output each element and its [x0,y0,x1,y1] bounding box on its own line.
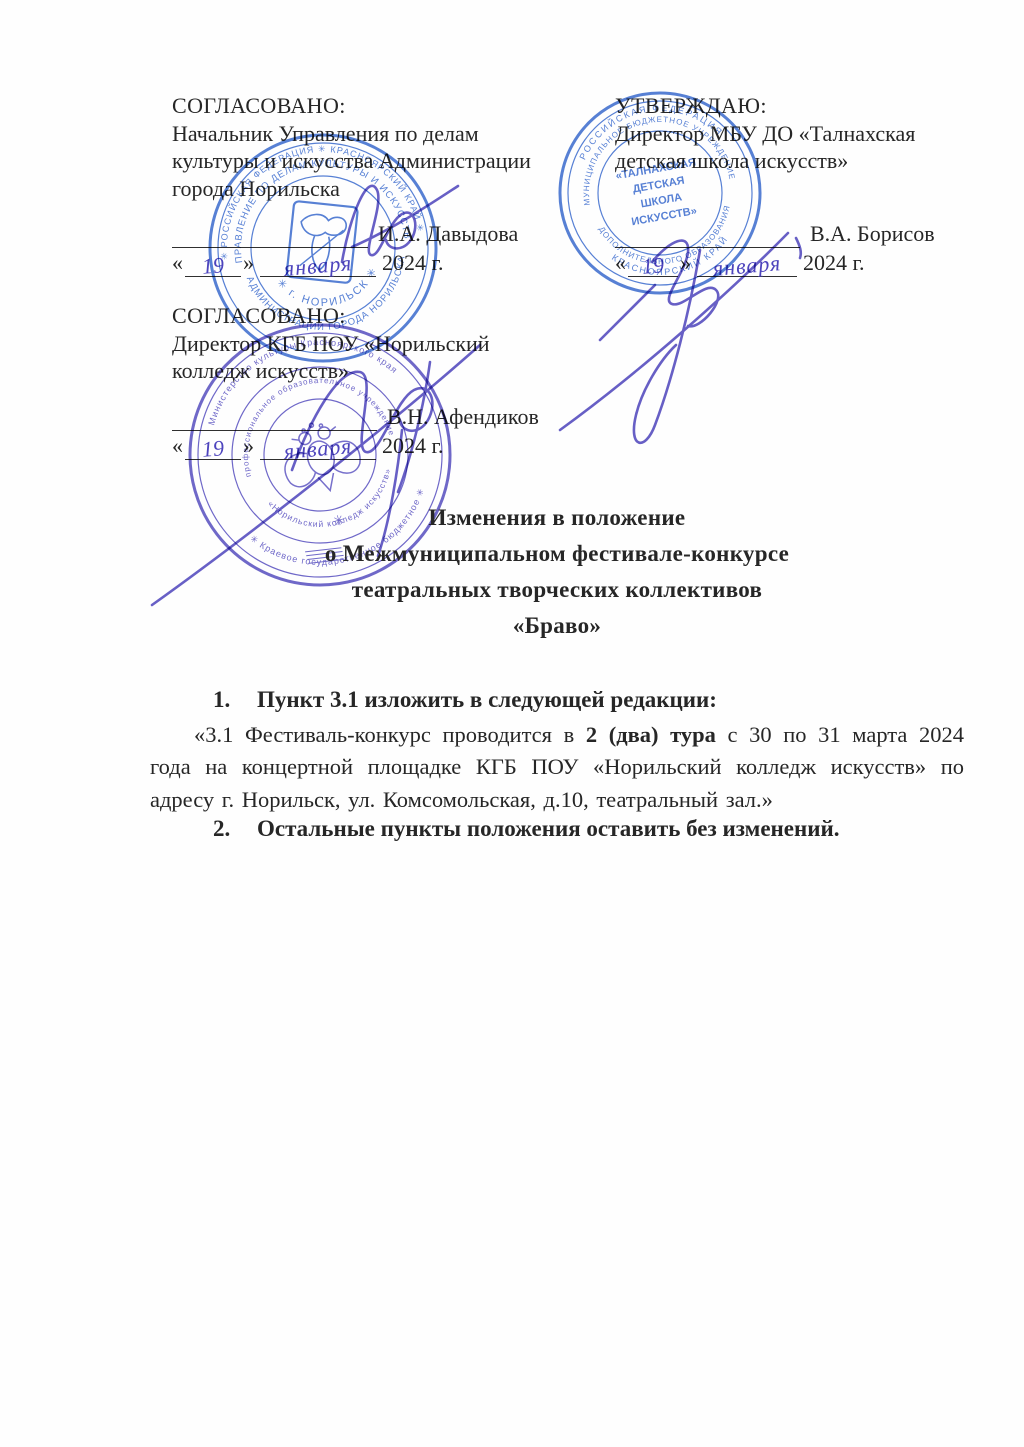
stamp-ring-text: профессиональное образовательное учрежде… [222,357,396,478]
scanned-document-page: СОГЛАСОВАНО: Начальник Управления по дел… [0,0,1024,1447]
stamp-center-emblem [286,201,358,283]
body-item-1: 1.Пункт 3.1 изложить в следующей редакци… [150,687,964,713]
quote-open: « [172,432,183,460]
date-year: 2024 г. [803,249,865,277]
stamp-center-text: «ТАЛНАХСКАЯ [615,156,697,182]
title-line: о Межмуниципальном фестивале-конкурсе [150,536,964,572]
paragraph-bold-text: 2 (два) тура [586,722,716,747]
title-line: «Браво» [150,608,964,644]
item-number: 2. [213,816,257,842]
body-item-2: 2.Остальные пункты положения оставить бе… [150,816,964,842]
item-text: Остальные пункты положения оставить без … [257,816,840,841]
quote-open: « [172,249,183,277]
round-stamp-talnakh-school: РОССИЙСКАЯ ФЕДЕРАЦИЯ КРАСНОЯРСКИЙ КРАЙ М… [553,86,767,300]
document-title: Изменения в положение о Межмуниципальном… [150,500,964,644]
stamp-eagle-emblem [274,413,367,501]
item-text: Пункт 3.1 изложить в следующей редакции: [257,687,717,712]
title-line: Изменения в положение [150,500,964,536]
paragraph-text: «3.1 Фестиваль-конкурс проводится в [194,722,586,747]
item-number: 1. [213,687,257,713]
svg-text:профессиональное образовательн: профессиональное образовательное учрежде… [222,357,396,478]
signer-name: В.А. Борисов [800,220,935,248]
body-paragraph-3-1: «3.1 Фестиваль-конкурс проводится в 2 (д… [150,719,964,816]
title-line: театральных творческих коллективов [150,572,964,608]
approval-heading: СОГЛАСОВАНО: [172,92,582,120]
